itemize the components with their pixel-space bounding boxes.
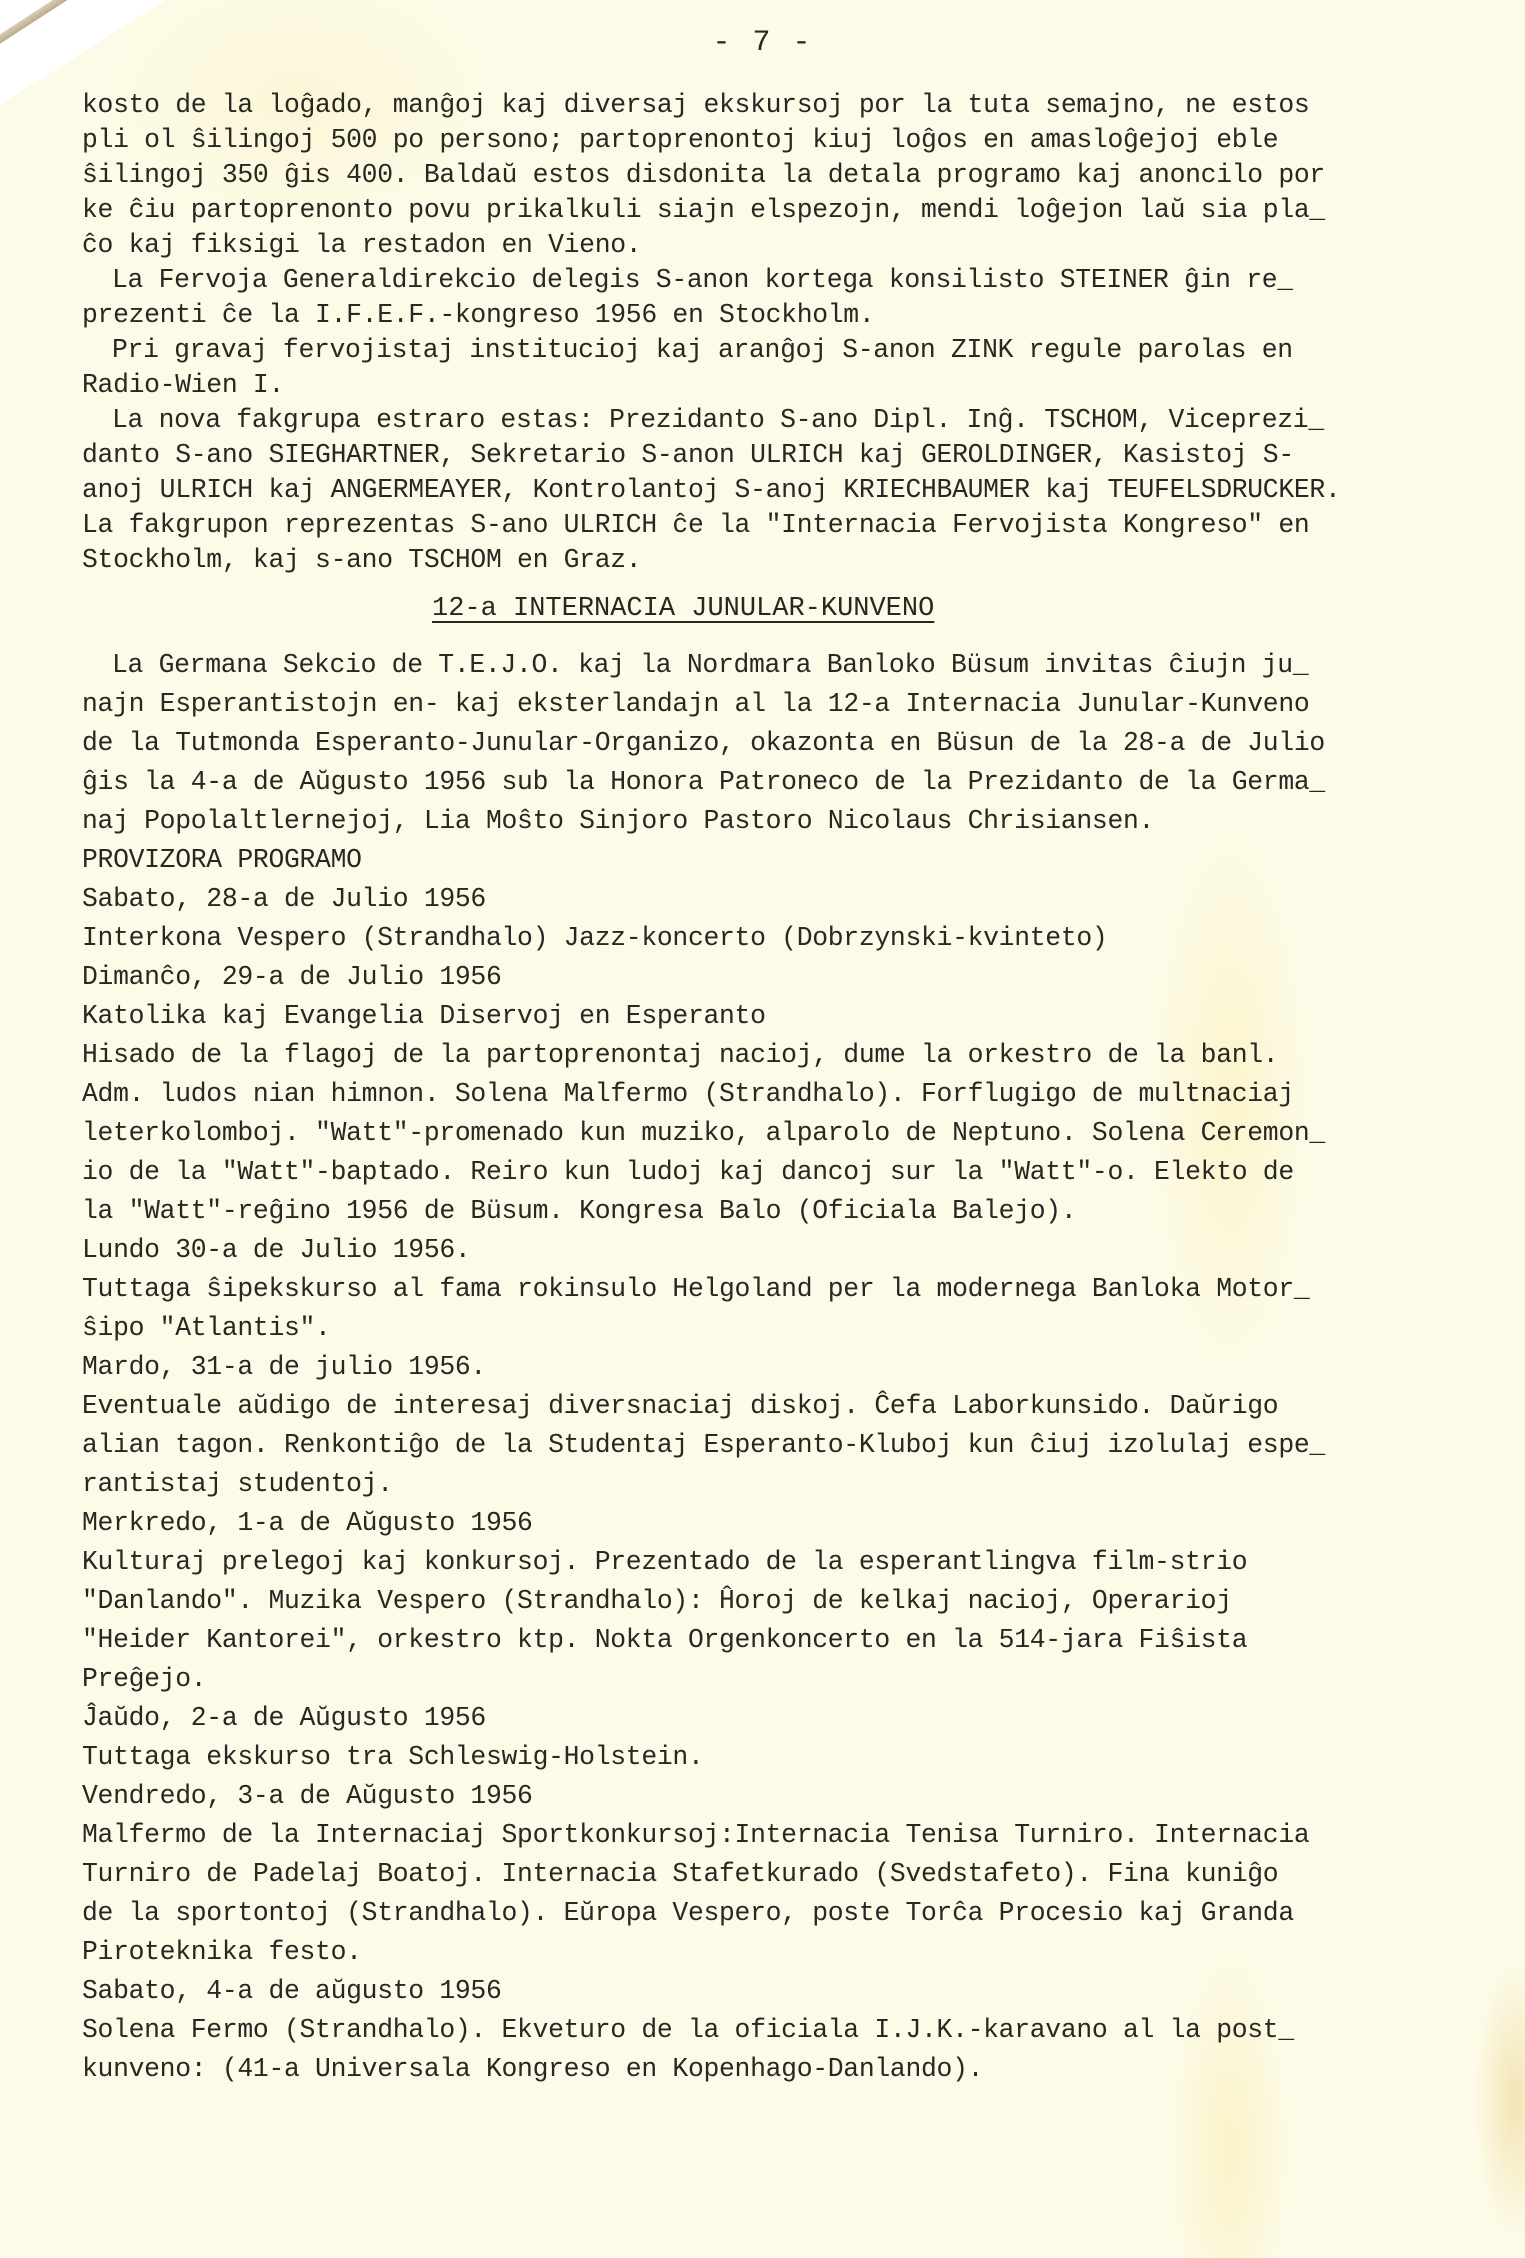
text-line: de la Tutmonda Esperanto-Junular-Organiz…	[82, 724, 1492, 763]
program-day-description: alian tagon. Renkontiĝo de la Studentaj …	[82, 1426, 1492, 1465]
program-day-description: io de la "Watt"-baptado. Reiro kun ludoj…	[82, 1153, 1492, 1192]
text-line: danto S-ano SIEGHARTNER, Sekretario S-an…	[82, 438, 1492, 473]
text-line: La fakgrupon reprezentas S-ano ULRICH ĉe…	[82, 508, 1492, 543]
text-line: ĉo kaj fiksigi la restadon en Vieno.	[82, 228, 1492, 263]
program-day-description: kunveno: (41-a Universala Kongreso en Ko…	[82, 2050, 1492, 2089]
program-day-description: Kulturaj prelegoj kaj konkursoj. Prezent…	[82, 1543, 1492, 1582]
program-day-date: Sabato, 4-a de aŭgusto 1956	[82, 1972, 1492, 2011]
program-day-description: "Heider Kantorei", orkestro ktp. Nokta O…	[82, 1621, 1492, 1660]
section-intro-paragraph: La Germana Sekcio de T.E.J.O. kaj la Nor…	[82, 646, 1492, 841]
text-line: Radio-Wien I.	[82, 368, 1492, 403]
program-day: Mardo, 31-a de julio 1956.Eventuale aŭdi…	[82, 1348, 1492, 1504]
program-day-description: leterkolomboj. "Watt"-promenado kun muzi…	[82, 1114, 1492, 1153]
program-day-description: de la sportontoj (Strandhalo). Eŭropa Ve…	[82, 1894, 1492, 1933]
program-day-description: Interkona Vespero (Strandhalo) Jazz-konc…	[82, 919, 1492, 958]
text-line: prezenti ĉe la I.F.E.F.-kongreso 1956 en…	[82, 298, 1492, 333]
text-line: pli ol ŝilingoj 500 po persono; partopre…	[82, 123, 1492, 158]
program-day-description: Malfermo de la Internaciaj Sportkonkurso…	[82, 1816, 1492, 1855]
program-day-description: Solena Fermo (Strandhalo). Ekveturo de l…	[82, 2011, 1492, 2050]
radio-paragraph: Pri gravaj fervojistaj institucioj kaj a…	[82, 333, 1492, 403]
program-day-date: Sabato, 28-a de Julio 1956	[82, 880, 1492, 919]
program-day-description: Turniro de Padelaj Boatoj. Internacia St…	[82, 1855, 1492, 1894]
section-heading-text: 12-a INTERNACIA JUNULAR-KUNVENO	[432, 586, 934, 632]
text-line: naj Popolaltlernejoj, Lia Moŝto Sinjoro …	[82, 802, 1492, 841]
program-day: Vendredo, 3-a de Aŭgusto 1956Malfermo de…	[82, 1777, 1492, 1972]
program-day-date: Ĵaŭdo, 2-a de Aŭgusto 1956	[82, 1699, 1492, 1738]
program-day-description: rantistaj studentoj.	[82, 1465, 1492, 1504]
program-day-description: Adm. ludos nian himnon. Solena Malfermo …	[82, 1075, 1492, 1114]
text-line: ĝis la 4-a de Aŭgusto 1956 sub la Honora…	[82, 763, 1492, 802]
text-line: Pri gravaj fervojistaj institucioj kaj a…	[82, 333, 1492, 368]
program-day-description: Tuttaga ŝipekskurso al fama rokinsulo He…	[82, 1270, 1492, 1309]
text-line: anoj ULRICH kaj ANGERMEAYER, Kontrolanto…	[82, 473, 1492, 508]
program-day-date: Merkredo, 1-a de Aŭgusto 1956	[82, 1504, 1492, 1543]
program-day-description: Hisado de la flagoj de la partoprenontaj…	[82, 1036, 1492, 1075]
program-list: Sabato, 28-a de Julio 1956Interkona Vesp…	[82, 880, 1492, 2089]
program-day: Ĵaŭdo, 2-a de Aŭgusto 1956Tuttaga ekskur…	[82, 1699, 1492, 1777]
program-day: Dimanĉo, 29-a de Julio 1956Katolika kaj …	[82, 958, 1492, 1231]
program-day-description: Eventuale aŭdigo de interesaj diversnaci…	[82, 1387, 1492, 1426]
document-body: kosto de la loĝado, manĝoj kaj diversaj …	[82, 88, 1492, 2089]
section-heading: 12-a INTERNACIA JUNULAR-KUNVENO	[82, 586, 1492, 632]
program-day: Sabato, 28-a de Julio 1956Interkona Vesp…	[82, 880, 1492, 958]
text-line: kosto de la loĝado, manĝoj kaj diversaj …	[82, 88, 1492, 123]
program-day: Merkredo, 1-a de Aŭgusto 1956Kulturaj pr…	[82, 1504, 1492, 1699]
program-day-date: Mardo, 31-a de julio 1956.	[82, 1348, 1492, 1387]
delegation-paragraph: La Fervoja Generaldirekcio delegis S-ano…	[82, 263, 1492, 333]
program-day: Sabato, 4-a de aŭgusto 1956Solena Fermo …	[82, 1972, 1492, 2089]
program-day-date: Vendredo, 3-a de Aŭgusto 1956	[82, 1777, 1492, 1816]
program-day-date: Dimanĉo, 29-a de Julio 1956	[82, 958, 1492, 997]
program-day-description: Preĝejo.	[82, 1660, 1492, 1699]
program-title: PROVIZORA PROGRAMO	[82, 841, 1492, 880]
text-line: La Fervoja Generaldirekcio delegis S-ano…	[82, 263, 1492, 298]
program-day-description: Tuttaga ekskurso tra Schleswig-Holstein.	[82, 1738, 1492, 1777]
intro-paragraph: kosto de la loĝado, manĝoj kaj diversaj …	[82, 88, 1492, 263]
program-day: Lundo 30-a de Julio 1956.Tuttaga ŝipeksk…	[82, 1231, 1492, 1348]
text-line: Stockholm, kaj s-ano TSCHOM en Graz.	[82, 543, 1492, 578]
text-line: ŝilingoj 350 ĝis 400. Baldaŭ estos disdo…	[82, 158, 1492, 193]
text-line: La Germana Sekcio de T.E.J.O. kaj la Nor…	[82, 646, 1492, 685]
program-day-description: Piroteknika festo.	[82, 1933, 1492, 1972]
program-day-description: "Danlando". Muzika Vespero (Strandhalo):…	[82, 1582, 1492, 1621]
program-day-description: ŝipo "Atlantis".	[82, 1309, 1492, 1348]
program-day-description: la "Watt"-reĝino 1956 de Büsum. Kongresa…	[82, 1192, 1492, 1231]
text-line: ke ĉiu partoprenonto povu prikalkuli sia…	[82, 193, 1492, 228]
text-line: La nova fakgrupa estraro estas: Prezidan…	[82, 403, 1492, 438]
program-day-description: Katolika kaj Evangelia Diservoj en Esper…	[82, 997, 1492, 1036]
page-number: - 7 -	[0, 26, 1525, 60]
program-day-date: Lundo 30-a de Julio 1956.	[82, 1231, 1492, 1270]
text-line: najn Esperantistojn en- kaj eksterlandaj…	[82, 685, 1492, 724]
board-paragraph: La nova fakgrupa estraro estas: Prezidan…	[82, 403, 1492, 578]
